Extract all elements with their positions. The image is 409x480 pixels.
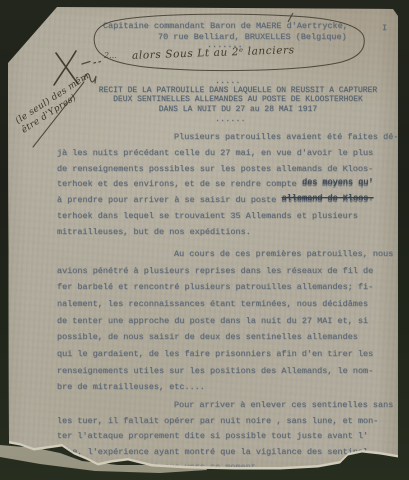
text-line: bre de mitrailleuses, etc.... bbox=[57, 379, 402, 396]
dots-separator-2: ..... bbox=[215, 76, 241, 86]
overtyped-text-1: des moyens qu' bbox=[302, 177, 373, 187]
text-line: terhoek dans lequel se trouvaient 35 All… bbox=[57, 209, 402, 225]
circled-handwritten-note: alors Sous Lt au 2ᵉ lanciers bbox=[132, 44, 295, 62]
document-page: Capitaine commandant Baron de MAERE d'Ae… bbox=[0, 0, 409, 480]
text-line: nalement, les reconnaissances étant term… bbox=[57, 296, 402, 313]
text-line: possible, de nous saisir de deux des sen… bbox=[57, 329, 402, 346]
text-line: RECIT DE LA PATROUILLE DANS LAQUELLE ON … bbox=[80, 86, 396, 95]
page-number: I bbox=[382, 23, 387, 33]
text-line: Plusieurs patrouilles avaient été faites… bbox=[57, 130, 402, 146]
text-line: Pour arriver à enlever ces sentinelles s… bbox=[57, 398, 402, 414]
overtyped-text-2: allemand de Kloos- bbox=[282, 193, 374, 203]
text-line: DANS LA NUIT DU 27 au 28 MAI 1917 bbox=[80, 105, 396, 114]
document-title: RECIT DE LA PATROUILLE DANS LAQUELLE ON … bbox=[80, 86, 396, 114]
dots-separator-3: ...... bbox=[215, 114, 246, 124]
header-address-line-1: Capitaine commandant Baron de MAERE d'Ae… bbox=[103, 21, 348, 31]
text-line: mitrailleuses, but de nos expéditions. bbox=[57, 225, 402, 241]
scanned-document-photo: { "header": { "line1": "Capitaine comman… bbox=[0, 0, 409, 480]
margin-number-mark: 2... bbox=[104, 51, 117, 60]
text-line: qui le gardaient, de les faire prisonnie… bbox=[57, 346, 402, 363]
text-line: Au cours de ces premières patrouilles, n… bbox=[57, 246, 402, 263]
text-line: renseignements utiles sur les positions … bbox=[57, 363, 402, 380]
text-line: DEUX SENTINELLES ALLEMANDES AU POSTE DE … bbox=[80, 95, 396, 104]
text-line: les tuer, il fallait opérer par nuit noi… bbox=[57, 414, 402, 430]
text-line: de tenter une approche du poste dans la … bbox=[57, 313, 402, 330]
text-line: avions pénétré à plusieurs reprises dans… bbox=[57, 263, 402, 280]
text-line: ter l'attaque proprement dite si possibl… bbox=[57, 429, 402, 445]
paragraph-2: Au cours de ces premières patrouilles, n… bbox=[57, 246, 402, 396]
text-line: fer barbelé et rencontré plusieurs patro… bbox=[57, 279, 402, 296]
dash-marks bbox=[82, 62, 101, 65]
header-address-line-2: 70 rue Belliard, BRUXELLES (Belgique) bbox=[158, 32, 347, 42]
text-line: jà les nuits précédant celle du 27 mai, … bbox=[57, 146, 402, 162]
text-line: de renseignements possibles sur les post… bbox=[57, 162, 402, 178]
